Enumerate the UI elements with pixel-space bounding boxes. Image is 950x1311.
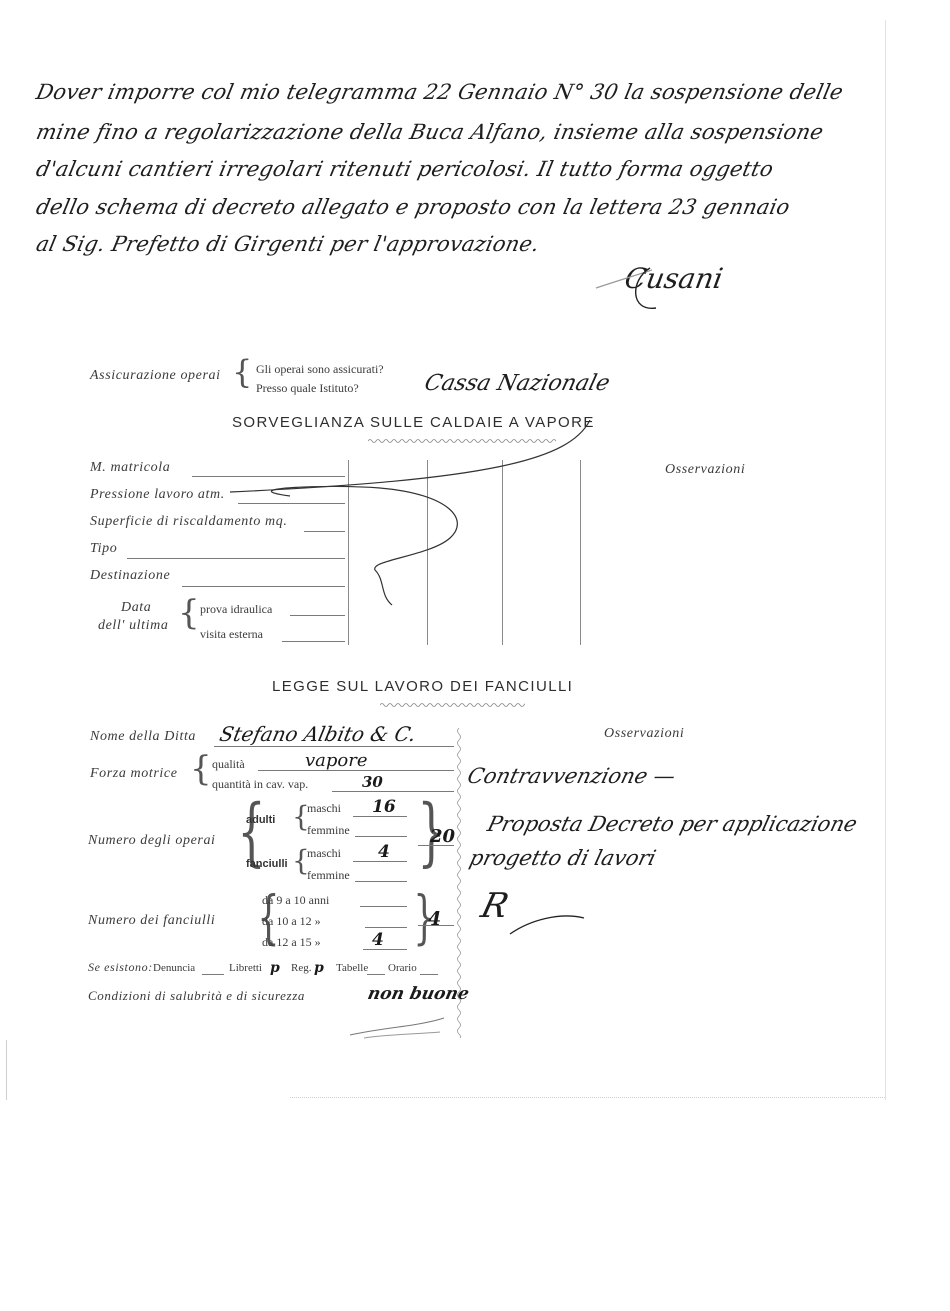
field-label-destinazione: Destinazione [90, 568, 170, 584]
letter-line: d'alcuni cantieri irregolari ritenuti pe… [34, 157, 776, 181]
page-edge-left [6, 1040, 7, 1100]
field-line [214, 746, 454, 747]
page-edge-right [885, 20, 886, 1100]
initial-flourish [500, 900, 590, 940]
field-line[interactable] [360, 906, 407, 907]
date-label: dell' ultima [98, 618, 168, 634]
age-range-value[interactable]: 4 [372, 930, 384, 950]
adult-female-label: femmine [307, 823, 350, 838]
children-count-label: Numero dei fanciulli [88, 913, 215, 929]
wavy-divider [380, 702, 525, 708]
signature-flourish [590, 250, 770, 320]
children-total[interactable]: 4 [428, 908, 441, 930]
age-range-label: da 12 a 15 » [262, 935, 321, 950]
adult-male-value[interactable]: 16 [372, 797, 396, 817]
field-line [258, 770, 454, 771]
child-male-value[interactable]: 4 [378, 842, 390, 862]
firm-value[interactable]: Stefano Albito & C. [217, 722, 418, 746]
field-line[interactable] [420, 974, 438, 975]
brace-icon: { [190, 752, 212, 786]
field-line[interactable] [355, 881, 407, 882]
vertical-separator [455, 728, 463, 1038]
page-edge-bottom [290, 1097, 885, 1098]
adults-label: adulti [246, 814, 275, 826]
field-line [418, 925, 454, 926]
existing-item-libretti: Libretti [229, 962, 262, 974]
observation-line[interactable]: Contravvenzione — [465, 764, 678, 788]
existing-item-reg: Reg. [291, 962, 311, 974]
age-range-label: da 10 a 12 » [262, 914, 321, 929]
field-label-matricola: M. matricola [90, 460, 170, 476]
brace-icon: { [232, 356, 252, 388]
children-label: fanciulli [246, 858, 288, 870]
child-female-label: femmine [307, 868, 350, 883]
field-line [418, 845, 454, 846]
quantity-value[interactable]: 30 [362, 773, 383, 791]
field-line[interactable] [355, 836, 407, 837]
field-line[interactable] [202, 974, 224, 975]
child-male-label: maschi [307, 846, 341, 861]
child-labor-section-title: LEGGE SUL LAVORO DEI FANCIULLI [272, 678, 573, 695]
existing-item-orario: Orario [388, 962, 417, 974]
field-line[interactable] [365, 927, 407, 928]
letter-line: Dover imporre col mio telegramma 22 Genn… [34, 80, 845, 104]
adult-male-label: maschi [307, 801, 341, 816]
date-label: Data [121, 600, 151, 616]
observation-line[interactable]: Proposta Decreto per applicazione [485, 812, 860, 836]
insurance-answer[interactable]: Cassa Nazionale [422, 371, 612, 396]
boiler-observations-label: Osservazioni [665, 462, 745, 478]
letter-line: al Sig. Prefetto di Girgenti per l'appro… [34, 232, 542, 256]
existing-label: Se esistono: [88, 960, 153, 975]
insurance-label: Assicurazione operai [90, 368, 221, 384]
workers-label: Numero degli operai [88, 833, 216, 849]
quality-value[interactable]: vapore [305, 750, 368, 771]
observation-line[interactable]: progetto di lavori [467, 846, 659, 870]
field-line [363, 949, 407, 950]
letter-line: dello schema di decreto allegato e propo… [34, 195, 792, 219]
motive-force-label: Forza motrice [90, 766, 178, 782]
cancellation-stroke [170, 420, 630, 650]
existing-item-tabelle: Tabelle [336, 962, 368, 974]
pen-stroke [340, 1010, 450, 1040]
field-line [353, 861, 407, 862]
insurance-question-1: Gli operai sono assicurati? [256, 362, 384, 377]
existing-value-reg[interactable]: p [314, 960, 324, 976]
existing-value-libretti[interactable]: p [270, 960, 280, 976]
workers-total[interactable]: 20 [430, 826, 455, 847]
insurance-question-2: Presso quale Istituto? [256, 381, 359, 396]
field-line [353, 816, 407, 817]
letter-line: mine fino a regolarizzazione della Buca … [34, 120, 826, 144]
existing-item-denuncia: Denuncia [153, 962, 195, 974]
conditions-label: Condizioni di salubrità e di sicurezza [88, 988, 305, 1004]
field-line[interactable] [367, 974, 385, 975]
firm-label: Nome della Ditta [90, 729, 196, 745]
quality-label: qualità [212, 757, 245, 772]
age-range-label: da 9 a 10 anni [262, 893, 329, 908]
labor-observations-label: Osservazioni [604, 726, 684, 742]
field-label-tipo: Tipo [90, 541, 117, 557]
